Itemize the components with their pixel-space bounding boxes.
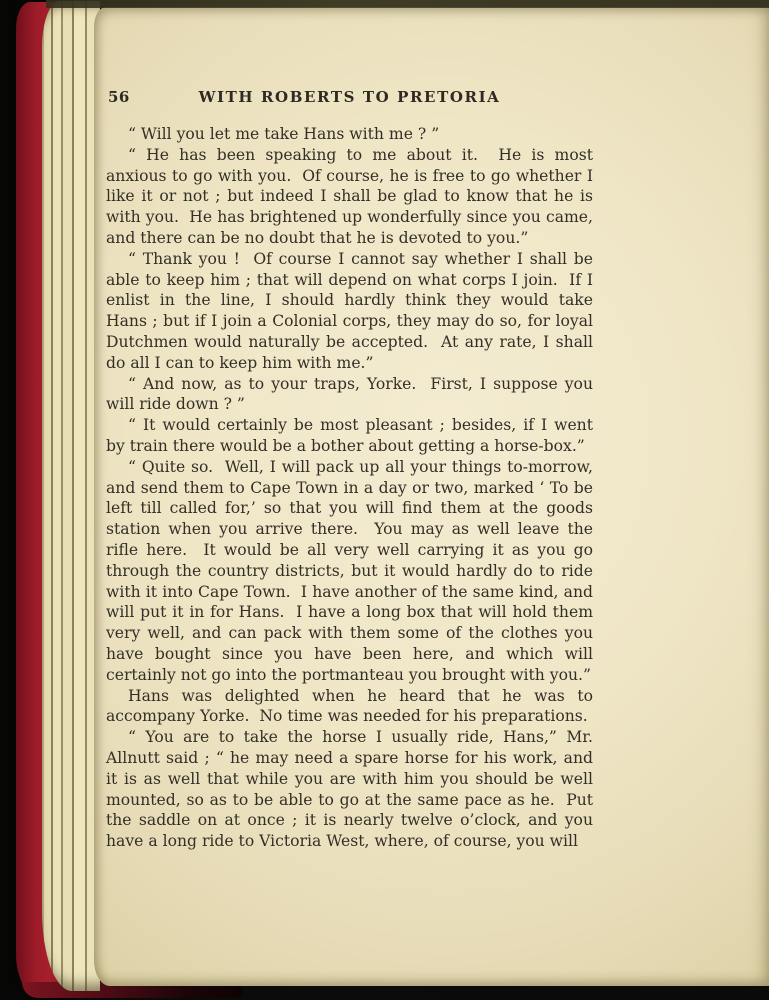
page-header: 56 WITH ROBERTS TO PRETORIA [106, 88, 593, 106]
photo-backdrop: 56 WITH ROBERTS TO PRETORIA “ Will you l… [0, 0, 769, 1000]
running-title: WITH ROBERTS TO PRETORIA [106, 88, 593, 106]
paragraph-7: Hans was delighted when he heard that he… [106, 686, 593, 728]
paragraph-4: “ And now, as to your traps, Yorke. Firs… [106, 374, 593, 416]
book-top-edge [46, 0, 769, 8]
paragraph-2: “ He has been speaking to me about it. H… [106, 145, 593, 249]
paragraph-6: “ Quite so. Well, I will pack up all you… [106, 457, 593, 686]
paragraph-1: “ Will you let me take Hans with me ? ” [106, 124, 593, 145]
paragraph-8: “ You are to take the horse I usually ri… [106, 727, 593, 852]
paragraph-3: “ Thank you ! Of course I cannot say whe… [106, 249, 593, 374]
page-fore-edges [42, 1, 100, 991]
paragraph-5: “ It would certainly be most pleasant ; … [106, 415, 593, 457]
page-number: 56 [108, 88, 130, 106]
page-text-block: “ Will you let me take Hans with me ? ” … [106, 124, 593, 852]
